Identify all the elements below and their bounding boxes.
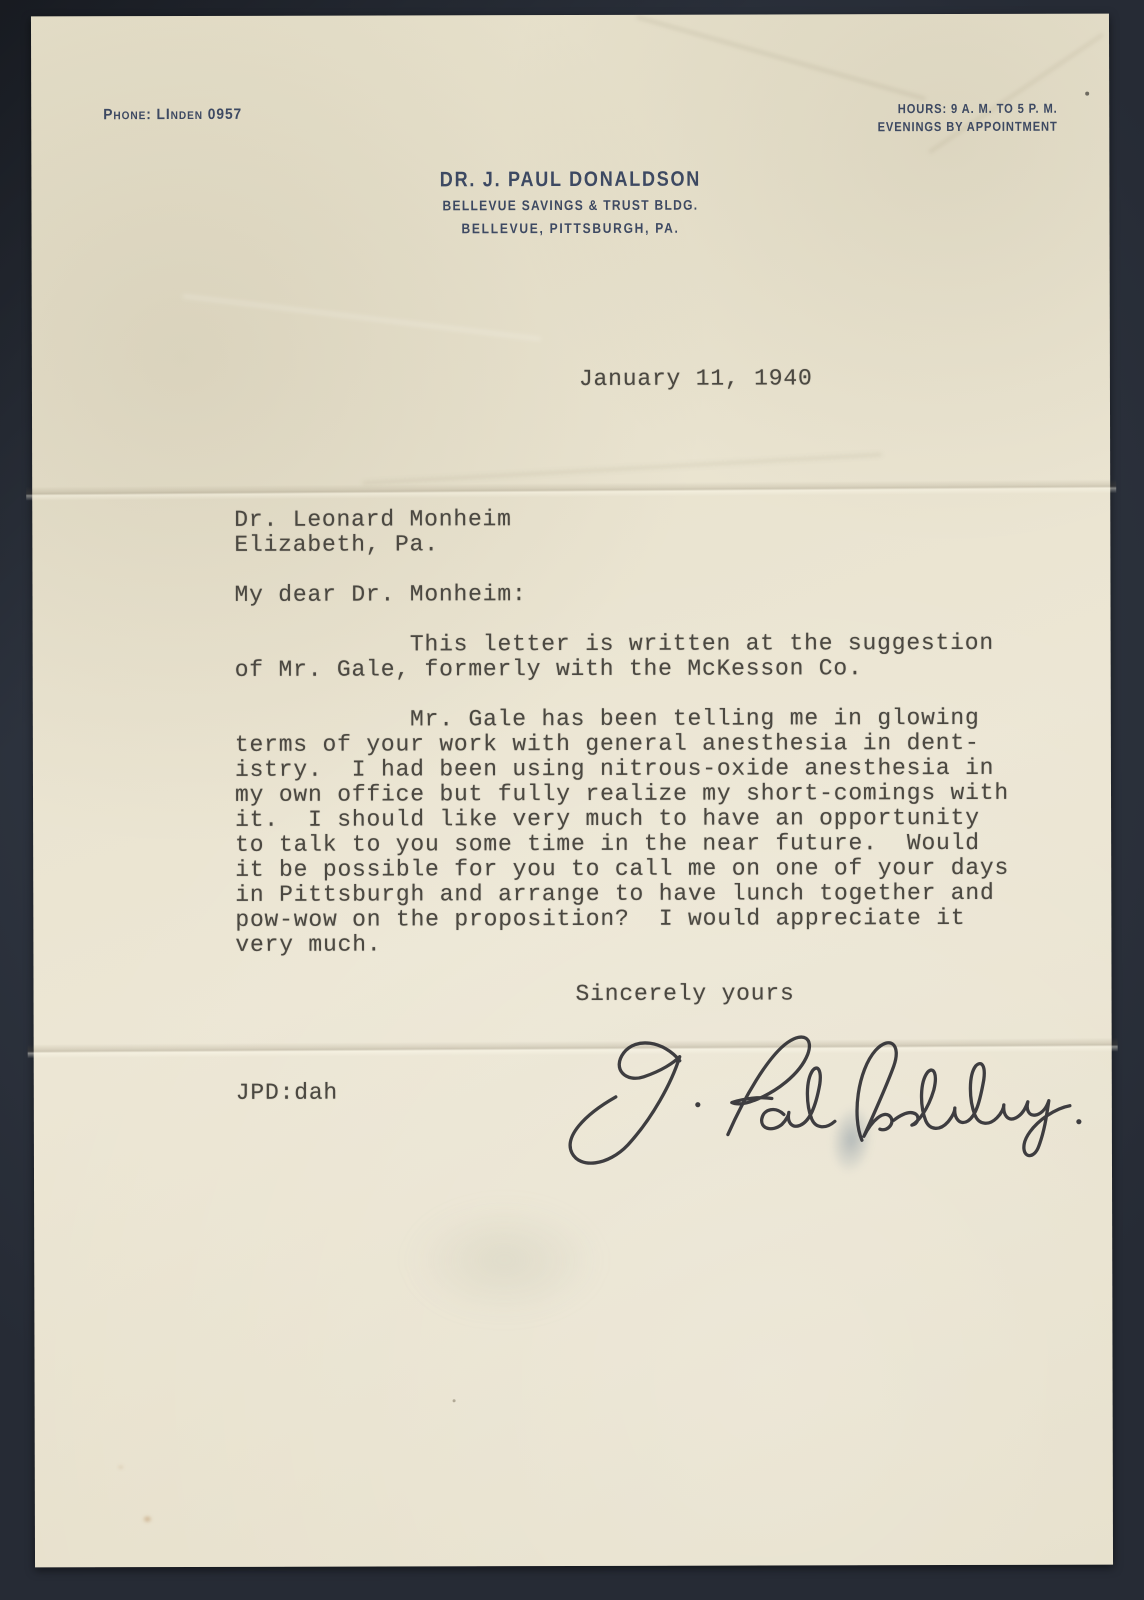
letterhead-name: DR. J. PAUL DONALDSON	[107, 167, 1034, 193]
paper-stain-faint	[364, 1175, 644, 1346]
typist-reference: JPD:dah	[236, 1081, 338, 1106]
paper-wrinkle	[362, 453, 881, 486]
letterhead-building: BELLEVUE SAVINGS & TRUST BLDG.	[107, 196, 1034, 214]
dust-speck	[453, 1399, 456, 1402]
closing-line: Sincerely yours	[576, 981, 795, 1007]
photo-of-letter: { "document_type": "typed letter photogr…	[0, 0, 1144, 1600]
letterhead-city: BELLEVUE, PITTSBURGH, PA.	[107, 219, 1034, 237]
foxing-spot	[141, 1514, 154, 1524]
paper-wrinkle	[636, 16, 925, 101]
foxing-spot	[117, 1464, 125, 1470]
paper-wrinkle	[183, 294, 541, 341]
salutation: My dear Dr. Monheim:	[234, 582, 526, 608]
dust-speck	[1085, 92, 1089, 96]
letterhead-hours: HOURS: 9 A. M. TO 5 P. M. EVENINGS BY AP…	[877, 100, 1057, 136]
letter-date: January 11, 1940	[579, 366, 813, 392]
signature-handwritten	[532, 1022, 1088, 1175]
letterhead-phone: Phone: LInden 0957	[103, 106, 242, 123]
fold-crease-upper	[26, 479, 1116, 501]
letter-paper: Phone: LInden 0957 HOURS: 9 A. M. TO 5 P…	[31, 14, 1113, 1568]
recipient-address: Dr. Leonard Monheim Elizabeth, Pa.	[234, 507, 512, 558]
body-paragraph-1: This letter is written at the suggestion…	[235, 631, 994, 683]
body-paragraph-2: Mr. Gale has been telling me in glowing …	[235, 706, 1010, 958]
